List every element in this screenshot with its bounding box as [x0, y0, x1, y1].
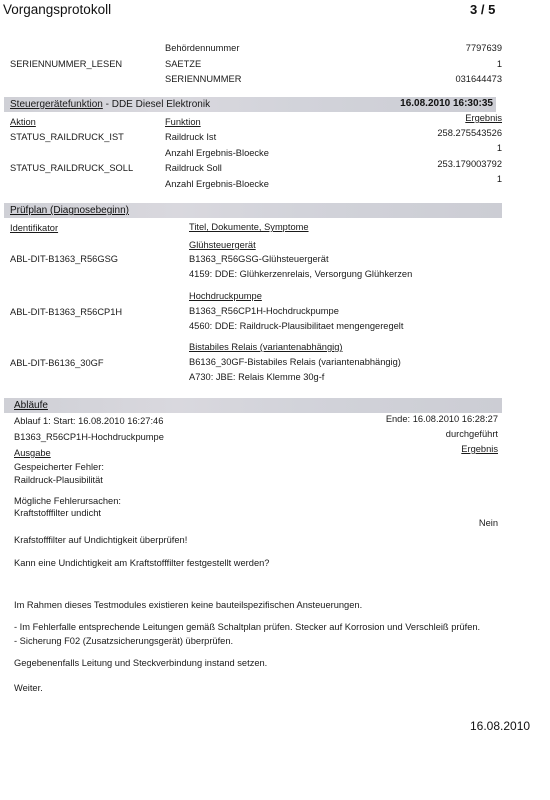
run-start: Ablauf 1: Start: 16.08.2010 16:27:46	[14, 416, 163, 426]
row-ergebnis: 258.275543526	[437, 128, 502, 138]
section-title-sub: - DDE Diesel Elektronik	[103, 99, 210, 110]
item-heading[interactable]: Glühsteuergerät	[189, 240, 256, 250]
row-ergebnis: 1	[497, 143, 502, 153]
serial-value-2: 031644473	[455, 74, 502, 84]
item-heading[interactable]: Bistabiles Relais (variantenabhängig)	[189, 342, 343, 352]
row-aktion: STATUS_RAILDRUCK_IST	[10, 132, 124, 142]
row-funktion: Anzahl Ergebnis-Bloecke	[165, 148, 269, 158]
run-end: Ende: 16.08.2010 16:28:27	[386, 414, 498, 424]
section-bar-ablaeufe	[4, 398, 502, 413]
step-2: - Sicherung F02 (Zusatzsicherungsgerät) …	[14, 636, 233, 646]
row-funktion: Raildruck Soll	[165, 163, 222, 173]
item-document: B1363_R56GSG-Glühsteuergerät	[189, 254, 329, 264]
serial-action: SERIENNUMMER_LESEN	[10, 59, 122, 69]
col-header-identifikator: Identifikator	[10, 223, 58, 233]
page-number: 3 / 5	[470, 2, 495, 17]
stored-fault-label: Gespeicherter Fehler:	[14, 462, 104, 472]
row-ergebnis: 1	[497, 174, 502, 184]
info-text: Im Rahmen dieses Testmodules existieren …	[14, 600, 362, 610]
result-label: Ergebnis	[461, 444, 498, 454]
col-header-ergebnis: Ergebnis	[465, 113, 502, 123]
question: Kann eine Undichtigkeit am Kraftstofffil…	[14, 558, 269, 568]
item-id: ABL-DIT-B6136_30GF	[10, 358, 104, 368]
document-title: Vorgangsprotokoll	[3, 2, 111, 17]
output-label: Ausgabe	[14, 448, 51, 458]
col-header-titel: Titel, Dokumente, Symptome	[189, 222, 309, 232]
serial-value-1: 1	[497, 59, 502, 69]
serial-label-2: SERIENNUMMER	[165, 74, 241, 84]
cause: Kraftstofffilter undicht	[14, 508, 101, 518]
item-heading[interactable]: Hochdruckpumpe	[189, 291, 262, 301]
row-funktion: Raildruck Ist	[165, 132, 216, 142]
item-id: ABL-DIT-B1363_R56CP1H	[10, 307, 122, 317]
item-document: B6136_30GF-Bistabiles Relais (variantena…	[189, 357, 401, 367]
section-title-pruefplan: Prüfplan (Diagnosebeginn)	[10, 205, 129, 216]
row-funktion: Anzahl Ergebnis-Bloecke	[165, 179, 269, 189]
section-title-main: Steuergerätefunktion	[10, 99, 103, 110]
serial-label-1: SAETZE	[165, 59, 201, 69]
serial-label-0: Behördennummer	[165, 43, 239, 53]
answer-value: Nein	[479, 518, 498, 528]
repair-text: Gegebenenfalls Leitung und Steckverbindu…	[14, 658, 267, 668]
item-symptom: 4159: DDE: Glühkerzenrelais, Versorgung …	[189, 269, 412, 279]
section-title-steuergeraet: Steuergerätefunktion - DDE Diesel Elektr…	[10, 99, 210, 110]
run-name: B1363_R56CP1H-Hochdruckpumpe	[14, 432, 164, 442]
footer-date: 16.08.2010	[470, 719, 530, 733]
section-timestamp: 16.08.2010 16:30:35	[400, 98, 493, 109]
row-aktion: STATUS_RAILDRUCK_SOLL	[10, 163, 133, 173]
next-text: Weiter.	[14, 683, 43, 693]
item-symptom: 4560: DDE: Raildruck-Plausibilitaet meng…	[189, 321, 403, 331]
section-title-ablaeufe: Abläufe	[14, 400, 48, 411]
instruction: Krafstofffilter auf Undichtigkeit überpr…	[14, 535, 187, 545]
item-document: B1363_R56CP1H-Hochdruckpumpe	[189, 306, 339, 316]
serial-value-0: 7797639	[466, 43, 502, 53]
col-header-funktion: Funktion	[165, 117, 201, 127]
col-header-aktion: Aktion	[10, 117, 36, 127]
causes-label: Mögliche Fehlerursachen:	[14, 496, 121, 506]
step-1: - Im Fehlerfalle entsprechende Leitungen…	[14, 622, 480, 632]
item-symptom: A730: JBE: Relais Klemme 30g-f	[189, 372, 324, 382]
stored-fault: Raildruck-Plausibilität	[14, 475, 103, 485]
row-ergebnis: 253.179003792	[437, 159, 502, 169]
item-id: ABL-DIT-B1363_R56GSG	[10, 254, 118, 264]
run-status: durchgeführt	[446, 429, 498, 439]
